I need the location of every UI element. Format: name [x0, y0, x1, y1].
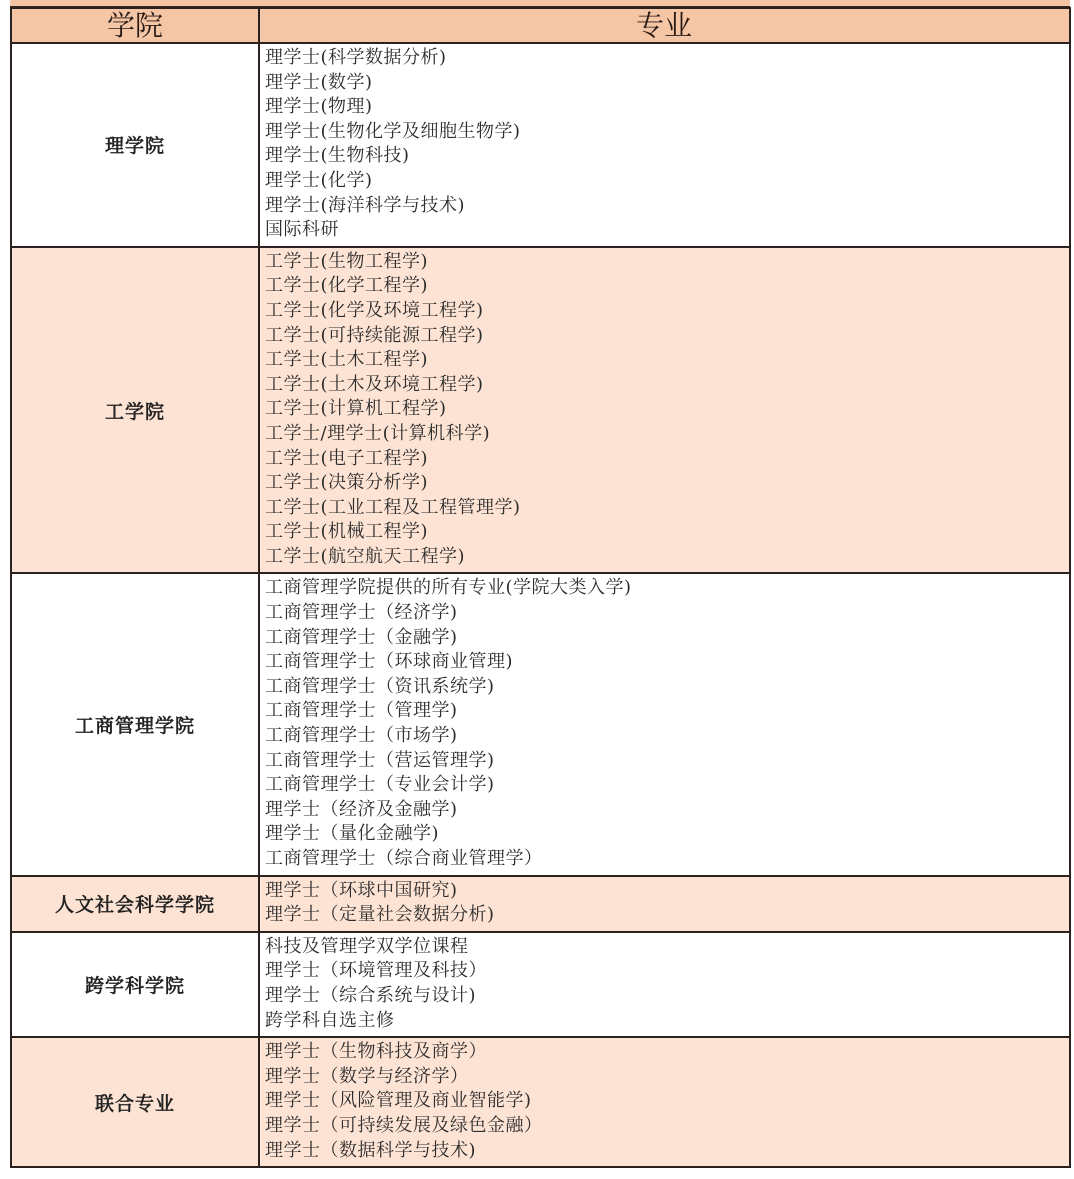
major-item: 工学士(土木工程学): [265, 348, 1069, 373]
majors-list-cell: 科技及管理学双学位课程理学士（环境管理及科技）理学士（综合系统与设计)跨学科自选…: [259, 932, 1070, 1037]
major-item: 理学士(数学): [265, 71, 1069, 96]
major-item: 工学士(土木及环境工程学): [265, 373, 1069, 398]
school-name-cell: 工商管理学院: [11, 573, 259, 875]
major-item: 工学士(计算机工程学): [265, 397, 1069, 422]
major-item: 工学士(决策分析学): [265, 471, 1069, 496]
table-row: 跨学科学院科技及管理学双学位课程理学士（环境管理及科技）理学士（综合系统与设计)…: [11, 932, 1070, 1037]
school-name-cell: 联合专业: [11, 1037, 259, 1167]
major-item: 工商管理学士（专业会计学): [265, 773, 1069, 798]
major-item: 理学士(物理): [265, 95, 1069, 120]
majors-list-cell: 工学士(生物工程学)工学士(化学工程学)工学士(化学及环境工程学)工学士(可持续…: [259, 247, 1070, 574]
major-item: 理学士(生物科技): [265, 144, 1069, 169]
school-name-cell: 工学院: [11, 247, 259, 574]
table-row: 理学院理学士(科学数据分析)理学士(数学)理学士(物理)理学士(生物化学及细胞生…: [11, 43, 1070, 247]
header-major: 专业: [259, 8, 1070, 43]
major-item: 理学士（量化金融学): [265, 822, 1069, 847]
school-name-cell: 理学院: [11, 43, 259, 247]
school-name-cell: 人文社会科学学院: [11, 876, 259, 932]
major-item: 工学士(化学工程学): [265, 274, 1069, 299]
major-item: 工学士/理学士(计算机科学): [265, 422, 1069, 447]
major-item: 科技及管理学双学位课程: [265, 935, 1069, 960]
majors-list-cell: 理学士（环球中国研究)理学士（定量社会数据分析): [259, 876, 1070, 932]
majors-list-cell: 工商管理学院提供的所有专业(学院大类入学)工商管理学士（经济学)工商管理学士（金…: [259, 573, 1070, 875]
major-item: 工商管理学士（环球商业管理): [265, 650, 1069, 675]
major-item: 理学士(化学): [265, 169, 1069, 194]
majors-list-cell: 理学士(科学数据分析)理学士(数学)理学士(物理)理学士(生物化学及细胞生物学)…: [259, 43, 1070, 247]
major-item: 理学士（可持续发展及绿色金融）: [265, 1114, 1069, 1139]
table-header-row: 学院 专业: [11, 8, 1070, 43]
major-item: 工学士(电子工程学): [265, 447, 1069, 472]
major-item: 工学士(机械工程学): [265, 520, 1069, 545]
major-item: 工商管理学士（营运管理学): [265, 749, 1069, 774]
major-item: 理学士（综合系统与设计): [265, 984, 1069, 1009]
major-item: 工商管理学士（金融学): [265, 626, 1069, 651]
majors-table: 学院 专业 理学院理学士(科学数据分析)理学士(数学)理学士(物理)理学士(生物…: [10, 7, 1071, 1168]
major-item: 理学士（数学与经济学）: [265, 1065, 1069, 1090]
major-item: 工商管理学士（市场学): [265, 724, 1069, 749]
major-item: 理学士（环境管理及科技）: [265, 959, 1069, 984]
major-item: 工商管理学士（综合商业管理学）: [265, 847, 1069, 872]
major-item: 国际科研: [265, 218, 1069, 243]
major-item: 跨学科自选主修: [265, 1009, 1069, 1034]
header-school: 学院: [11, 8, 259, 43]
table-row: 工商管理学院工商管理学院提供的所有专业(学院大类入学)工商管理学士（经济学)工商…: [11, 573, 1070, 875]
major-item: 理学士（经济及金融学): [265, 798, 1069, 823]
table-body: 理学院理学士(科学数据分析)理学士(数学)理学士(物理)理学士(生物化学及细胞生…: [11, 43, 1070, 1167]
major-item: 理学士（风险管理及商业智能学): [265, 1089, 1069, 1114]
major-item: 理学士（定量社会数据分析): [265, 903, 1069, 928]
major-item: 工学士(航空航天工程学): [265, 545, 1069, 570]
table-row: 联合专业理学士（生物科技及商学）理学士（数学与经济学）理学士（风险管理及商业智能…: [11, 1037, 1070, 1167]
major-item: 工学士(化学及环境工程学): [265, 299, 1069, 324]
major-item: 工学士(可持续能源工程学): [265, 324, 1069, 349]
major-item: 理学士（生物科技及商学）: [265, 1040, 1069, 1065]
major-item: 工商管理学士（资讯系统学): [265, 675, 1069, 700]
major-item: 理学士(生物化学及细胞生物学): [265, 120, 1069, 145]
major-item: 工学士(工业工程及工程管理学): [265, 496, 1069, 521]
major-item: 工商管理学院提供的所有专业(学院大类入学): [265, 576, 1069, 601]
school-name-cell: 跨学科学院: [11, 932, 259, 1037]
major-item: 理学士（环球中国研究): [265, 879, 1069, 904]
major-item: 工商管理学士（经济学): [265, 601, 1069, 626]
major-item: 理学士(海洋科学与技术): [265, 194, 1069, 219]
major-item: 理学士（数据科学与技术): [265, 1139, 1069, 1164]
table-row: 工学院工学士(生物工程学)工学士(化学工程学)工学士(化学及环境工程学)工学士(…: [11, 247, 1070, 574]
major-item: 工学士(生物工程学): [265, 250, 1069, 275]
majors-list-cell: 理学士（生物科技及商学）理学士（数学与经济学）理学士（风险管理及商业智能学)理学…: [259, 1037, 1070, 1167]
major-item: 工商管理学士（管理学): [265, 699, 1069, 724]
major-item: 理学士(科学数据分析): [265, 46, 1069, 71]
table-row: 人文社会科学学院理学士（环球中国研究)理学士（定量社会数据分析): [11, 876, 1070, 932]
